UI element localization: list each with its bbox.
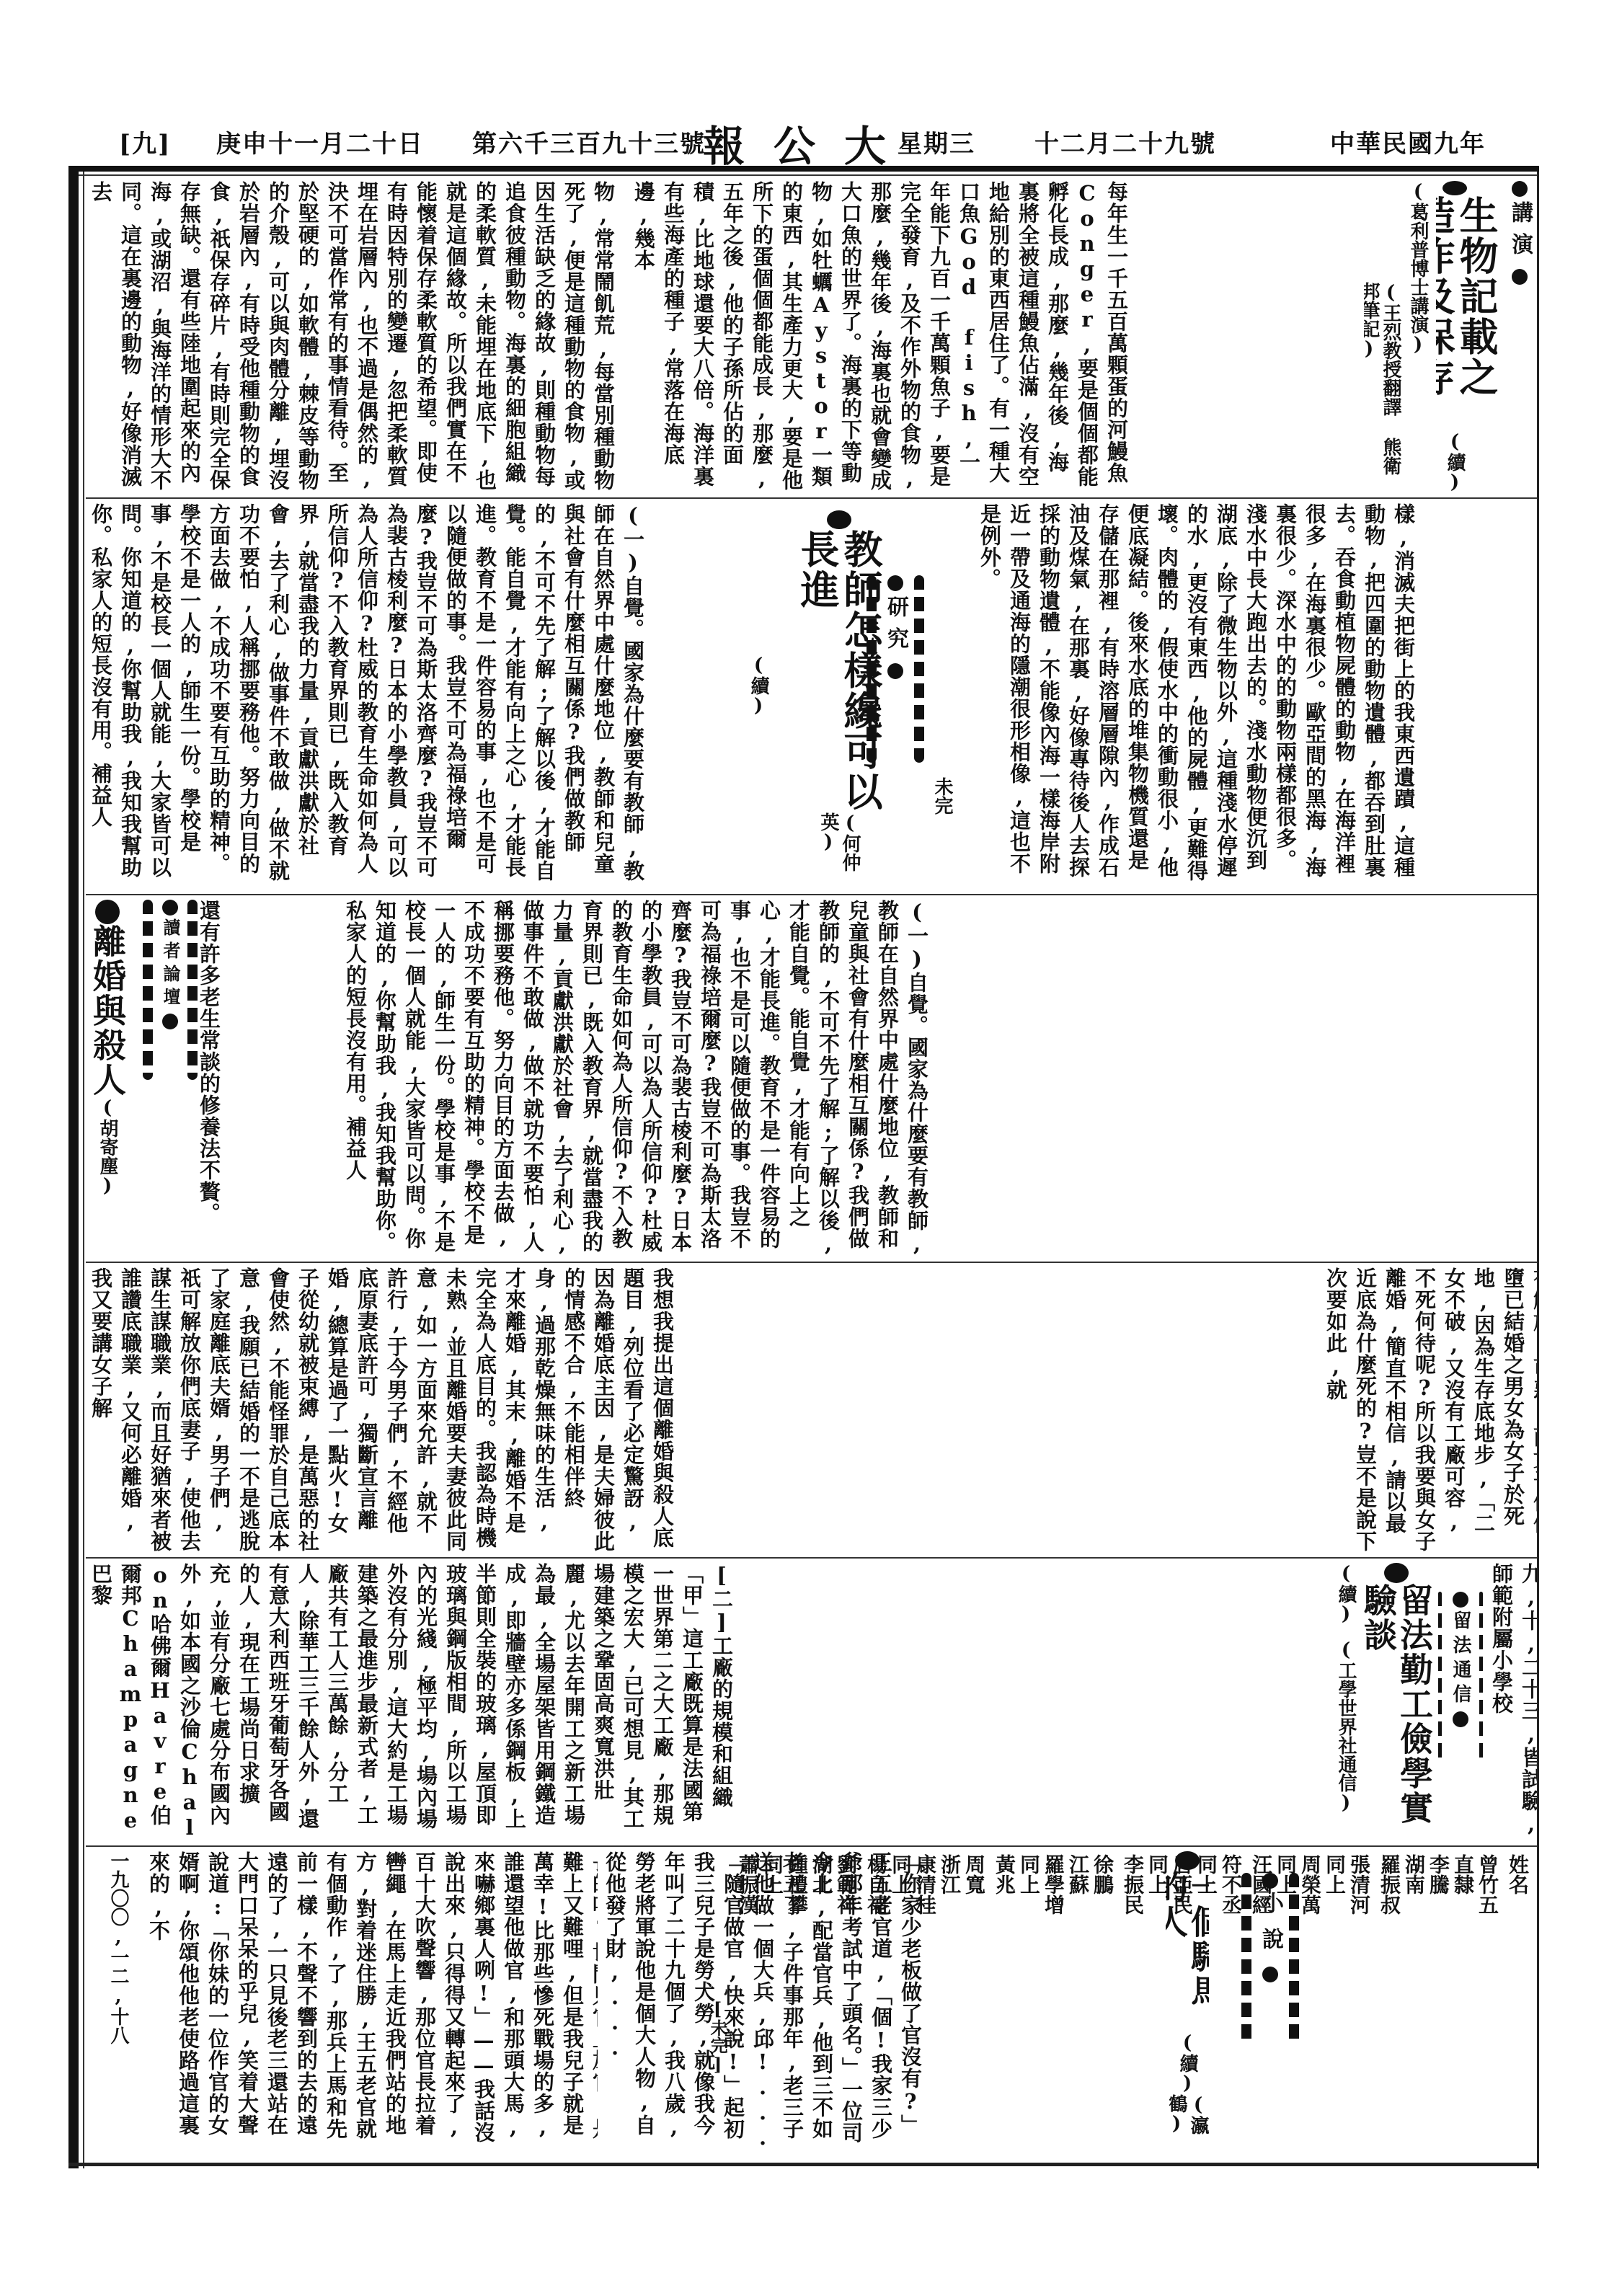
continued-label: (續) bbox=[748, 655, 769, 717]
article-title-biology: 生物記載之造作及保存 bbox=[1436, 195, 1498, 431]
newspaper-page: [九] 庚申十一月二十日 第六千三百九十三號 大公報 星期三 十二月二十九號 中… bbox=[68, 108, 1539, 2170]
to-be-continued: 未完 bbox=[931, 503, 975, 890]
teacher-body-cont: (一)自覺。國家為什麼要有教師,教師在自然界中處什麼地位,教師和兒童與社會有什麼… bbox=[340, 900, 1537, 1257]
school-line: 九,十,二十三,皆試驗,師範附屬小學校 bbox=[1486, 1563, 1537, 1841]
bullet-icon bbox=[1453, 1711, 1468, 1727]
novel-body: 「你家少老板做了官沒有?」王五老官道,「個!我家三少爺那年考試中了頭名。」一位司… bbox=[600, 1851, 1162, 2157]
ornament-chain bbox=[143, 900, 153, 1080]
article-body: [二]工廠的規模和組織「甲」這工廠既算是法國第一世界第二之大工廠,那規模之宏大,… bbox=[86, 1563, 736, 1841]
ornament-chain bbox=[1289, 1873, 1299, 2046]
masthead: [九] 庚申十一月二十日 第六千三百九十三號 大公報 星期三 十二月二十九號 中… bbox=[68, 108, 1539, 166]
heading-bullet-icon bbox=[1175, 1851, 1200, 1870]
bullet-icon bbox=[162, 900, 178, 916]
heading-bullet-icon bbox=[95, 900, 120, 924]
column-label-forum: 讀者論壇 bbox=[157, 918, 183, 1011]
continued-label: (續) bbox=[1176, 2032, 1198, 2094]
article-body: 放問題:一,女子職業問題;二,女子解放;三,離婚問題;我們中國的女子,在十八層地… bbox=[1321, 1267, 1537, 1553]
novel-body-cont: ,都要比我兒子好到萬倍,他年,幸虧上司賞臉,給他個算了不得了,你看營裡當兵的官長… bbox=[143, 1851, 598, 2157]
author-credit: (瀛鶴) bbox=[1166, 2094, 1209, 2157]
masthead-rule-thin bbox=[68, 174, 1539, 176]
masthead-rule bbox=[68, 166, 1539, 172]
ornament-chain bbox=[187, 900, 198, 1080]
bullet-icon bbox=[887, 663, 903, 679]
left-border-thin bbox=[83, 172, 84, 2168]
band-5: 九,十,二十三,皆試驗,師範附屬小學校 留法通信 留法勤工儉學實驗談 (續) (… bbox=[86, 1559, 1537, 1845]
divorce-intro: 還有許多老生常談的修養法不贅。 bbox=[194, 900, 230, 1257]
divorce-preface: 放問題:一,女子職業問題;二,女子解放;三,離婚問題;我們中國的女子,在十八層地… bbox=[1321, 1267, 1537, 1553]
name-cell: 周榮萬 bbox=[1298, 1854, 1322, 2075]
weekday: 星期三 bbox=[898, 124, 975, 159]
author-credit: (何仲英) bbox=[817, 812, 861, 890]
bottom-border bbox=[68, 2163, 1539, 2166]
date-mark: 一九〇〇,一二,十八 bbox=[107, 1851, 129, 2044]
heading-bullet-icon bbox=[827, 510, 851, 529]
ornament-chain bbox=[1438, 1592, 1442, 1765]
band-3: (一)自覺。國家為什麼要有教師,教師在自然界中處什麼地位,教師和兒童與社會有什麼… bbox=[86, 895, 1537, 1262]
france-body: [二]工廠的規模和組織「甲」這工廠既算是法國第一世界第二之大工廠,那規模之宏大,… bbox=[86, 1563, 1324, 1841]
heading-bullet-icon bbox=[1442, 181, 1467, 195]
article-body: 「你家少老板做了官沒有?」王五老官道,「個!我家三少爺那年考試中了頭名。」一位司… bbox=[600, 1851, 925, 2157]
page-number: [九] bbox=[119, 124, 171, 159]
bullet-icon bbox=[1262, 1873, 1278, 1889]
biology-body-2: 平均,才不致有很多此少。要是食物太多,靠著這種食物生活的動物,一定很多,要是食物… bbox=[86, 181, 623, 493]
bullet-icon bbox=[1512, 269, 1528, 285]
ornament-chain bbox=[867, 575, 877, 763]
names-header: 姓名 bbox=[1505, 1854, 1530, 2075]
speaker-credit: (葛利普博士講演) bbox=[1407, 181, 1429, 493]
issue-number: 第六千三百九十三號 bbox=[472, 124, 706, 159]
france-credits: (續) (工學世界社通信) bbox=[1328, 1563, 1357, 1841]
origin-cell: 同上 bbox=[1322, 1854, 1347, 2075]
bullet-icon bbox=[1453, 1592, 1468, 1608]
biology-body-1: 每年生一千五百萬顆蛋的河鰻魚Conger,要是個個都能孵化長成,那麼,幾年後,海… bbox=[629, 181, 1360, 493]
continued-label: (續) bbox=[1444, 431, 1466, 493]
forum-column-header: 讀者論壇 bbox=[129, 900, 198, 1257]
origin-cell: 湖南 bbox=[1401, 1854, 1426, 2075]
novel-column-header: 小說 bbox=[1213, 1851, 1299, 2157]
article-title-novel: 一個騎馬的人 bbox=[1166, 1870, 1209, 2031]
article-body: 樣,消滅夫把街上的我東西遺蹟,這種動物,把四圍的動物遺體,都吞到肚裏去。吞食動植… bbox=[975, 503, 1418, 890]
article-body: (一)自覺。國家為什麼要有教師,教師在自然界中處什麼地位,教師和兒童與社會有什麼… bbox=[86, 503, 647, 890]
continued-mark: 未完 bbox=[931, 777, 953, 815]
article-title-france: 留法勤工儉學實驗談 bbox=[1360, 1583, 1432, 1841]
translator-credit: (王烈教授翻譯 熊衛邦筆記) bbox=[1364, 282, 1401, 493]
article-body: 平均,才不致有很多此少。要是食物太多,靠著這種食物生活的動物,一定很多,要是食物… bbox=[86, 181, 623, 493]
novel-title-block: 一個騎馬的人 (續) (瀛鶴) bbox=[1166, 1851, 1209, 2157]
author-credit: (胡寄塵) bbox=[97, 1097, 118, 1197]
bullet-icon bbox=[1512, 181, 1528, 197]
article-body: 我想我提出這個離婚與殺人底題目,列位看了必定驚訝,因為離婚底主因,是夫婦彼此的情… bbox=[86, 1267, 677, 1553]
column-label-lecture: 講演 bbox=[1507, 201, 1533, 265]
column-label-novel: 小說 bbox=[1257, 1892, 1283, 1964]
continued-label: (續) bbox=[1328, 1563, 1357, 1625]
bullet-icon bbox=[1262, 1967, 1278, 1982]
article-body: 九,十,二十三,皆試驗,師範附屬小學校 bbox=[1486, 1563, 1537, 1841]
article-body: 每年生一千五百萬顆蛋的河鰻魚Conger,要是個個都能孵化長成,那麼,幾年後,海… bbox=[629, 181, 1131, 493]
heading-bullet-icon bbox=[1384, 1563, 1409, 1583]
right-border bbox=[1537, 172, 1539, 2168]
bullet-icon bbox=[887, 575, 903, 591]
article-body: 還有許多老生常談的修養法不贅。 bbox=[194, 900, 223, 1257]
era-year: 中華民國九年 bbox=[1330, 124, 1486, 159]
origin-cell: 直隸 bbox=[1450, 1854, 1475, 2075]
name-cell: 李騰 bbox=[1426, 1854, 1450, 2075]
biology-body-3: 樣,消滅夫把街上的我東西遺蹟,這種動物,把四圍的動物遺體,都吞到肚裏去。吞食動植… bbox=[975, 503, 1537, 890]
divorce-body: 我想我提出這個離婚與殺人底題目,列位看了必定驚訝,因為離婚底主因,是夫婦彼此的情… bbox=[86, 1267, 1321, 1553]
lecture-column-header: 講演 生物記載之造作及保存 (續) bbox=[1436, 181, 1537, 493]
ornament-chain bbox=[1241, 1873, 1251, 2046]
band-2: 樣,消滅夫把街上的我東西遺蹟,這種動物,把四圍的動物遺體,都吞到肚裏去。吞食動植… bbox=[86, 499, 1537, 894]
ornament-chain bbox=[914, 575, 924, 763]
article-body: ,都要比我兒子好到萬倍,他年,幸虧上司賞臉,給他個算了不得了,你看營裡當兵的官長… bbox=[143, 1851, 598, 2157]
teacher-body: (一)自覺。國家為什麼要有教師,教師在自然界中處什麼地位,教師和兒童與社會有什麼… bbox=[86, 503, 738, 890]
research-column-header: 研究 教師怎樣纔可以長進 (何仲英) bbox=[780, 503, 924, 890]
source-credit: (工學世界社通信) bbox=[1328, 1639, 1357, 1814]
names-col: 曾竹五直隸李騰湖南羅振叔 bbox=[1377, 1854, 1499, 2075]
band-6: 姓名 曾竹五直隸李騰湖南羅振叔 張清河同上周榮萬同上汪國經 符不丞同上唐亞民同上… bbox=[86, 1847, 1537, 2161]
bullet-icon bbox=[162, 1014, 178, 1029]
column-label-research: 研究 bbox=[882, 595, 908, 659]
biology-credits: (葛利普博士講演) (王烈教授翻譯 熊衛邦筆記) bbox=[1364, 181, 1429, 493]
name-cell: 羅振叔 bbox=[1377, 1854, 1401, 2075]
band-1: 講演 生物記載之造作及保存 (續) (葛利普博士講演) (王烈教授翻譯 熊衛邦筆… bbox=[86, 177, 1537, 497]
france-column-header: 留法通信 留法勤工儉學實驗談 bbox=[1360, 1563, 1483, 1841]
left-border bbox=[68, 172, 79, 2168]
article-title-divorce: 離婚與殺人 bbox=[89, 924, 125, 1097]
band-4: 放問題:一,女子職業問題;二,女子解放;三,離婚問題;我們中國的女子,在十八層地… bbox=[86, 1263, 1537, 1557]
column-label-france: 留法通信 bbox=[1448, 1610, 1473, 1708]
divorce-title-block: 離婚與殺人 (胡寄塵) bbox=[86, 900, 129, 1257]
ornament-chain bbox=[1479, 1592, 1483, 1765]
novel-date: 一九〇〇,一二,十八 bbox=[107, 1851, 140, 2157]
name-cell: 張清河 bbox=[1347, 1854, 1371, 2075]
lunar-date: 庚申十一月二十日 bbox=[216, 124, 424, 159]
header-cell: 姓名 bbox=[1505, 1854, 1530, 2075]
name-cell: 曾竹五 bbox=[1475, 1854, 1499, 2075]
article-body: (一)自覺。國家為什麼要有教師,教師在自然界中處什麼地位,教師和兒童與社會有什麼… bbox=[340, 900, 931, 1257]
teacher-continued: (續) bbox=[748, 503, 776, 890]
paper-title: 大公報 bbox=[703, 112, 915, 173]
gregorian-date: 十二月二十九號 bbox=[1034, 124, 1216, 159]
